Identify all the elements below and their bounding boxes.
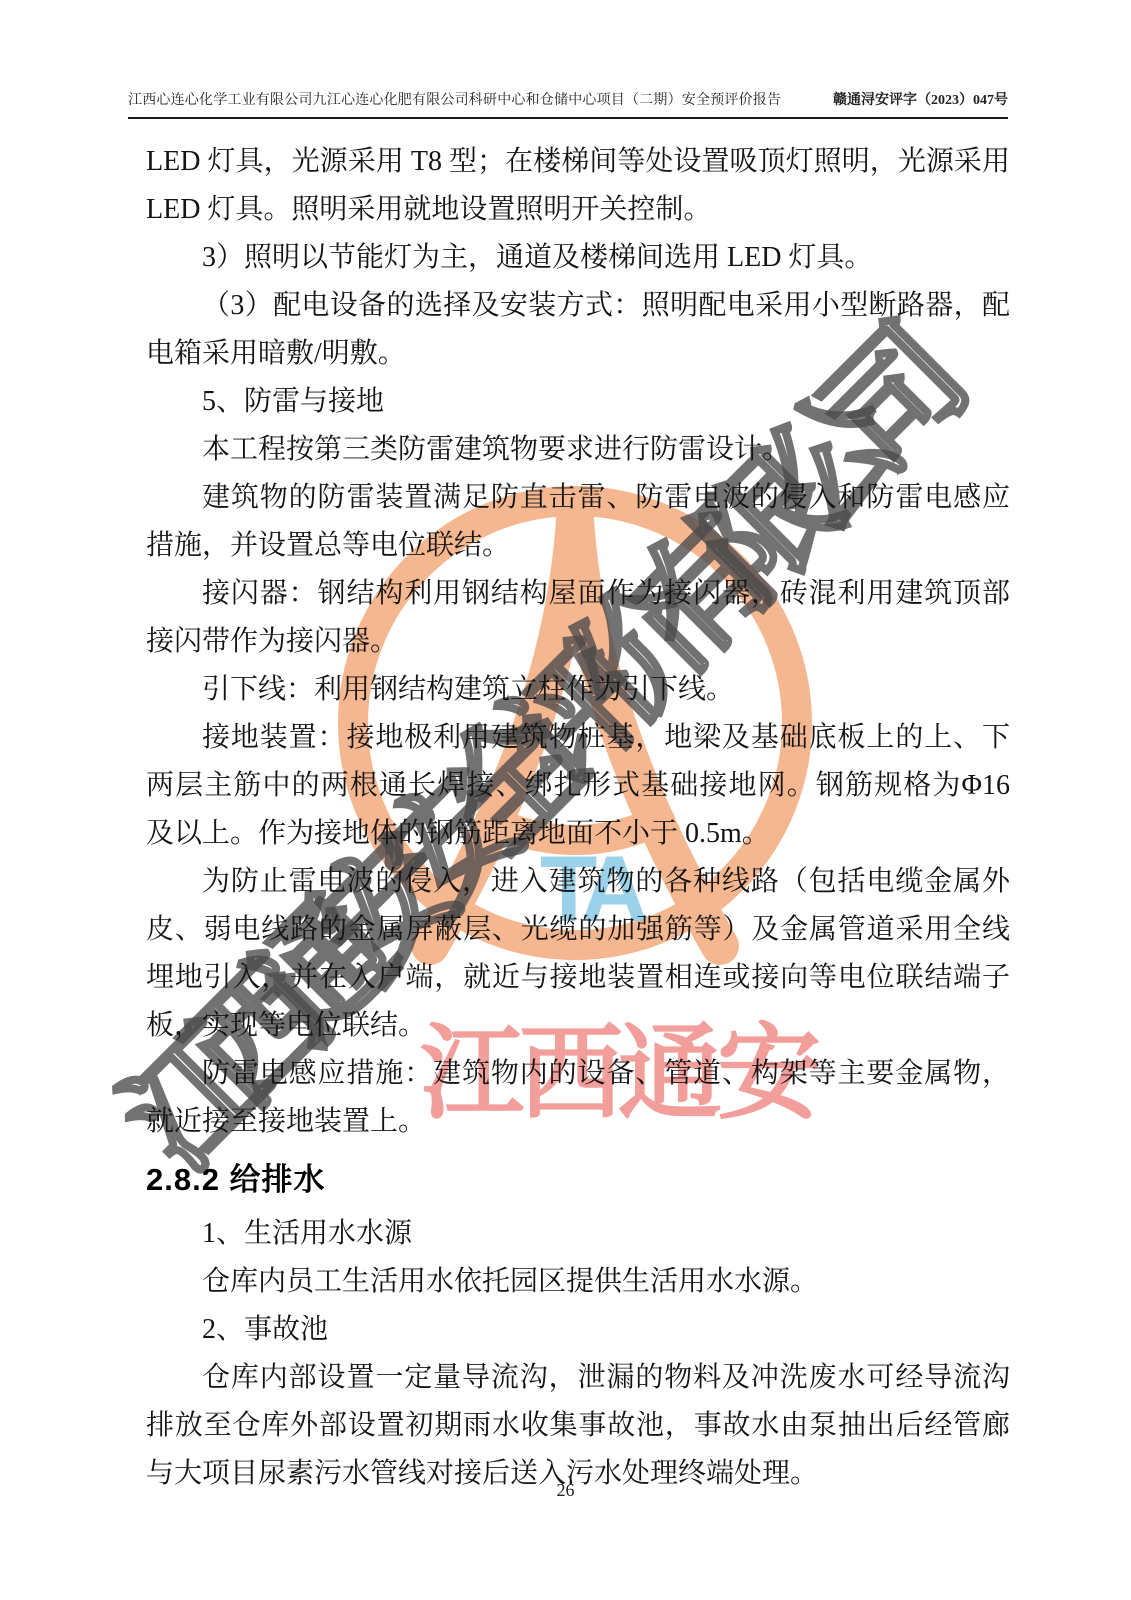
paragraph: 接闪器：钢结构利用钢结构屋面作为接闪器，砖混利用建筑顶部接闪带作为接闪器。 [146,570,1010,666]
page-number: 26 [0,1480,1131,1501]
paragraph: 引下线：利用钢结构建筑立柱作为引下线。 [146,666,1010,714]
paragraph: （3）配电设备的选择及安装方式：照明配电采用小型断路器，配电箱采用暗敷/明敷。 [146,282,1010,378]
paragraph: 接地装置：接地极利用建筑物桩基，地梁及基础底板上的上、下两层主筋中的两根通长焊接… [146,714,1010,858]
paragraph: 5、防雷与接地 [146,378,1010,426]
paragraph: 仓库内部设置一定量导流沟，泄漏的物料及冲洗废水可经导流沟排放至仓库外部设置初期雨… [146,1354,1010,1498]
paragraph: 2、事故池 [146,1306,1010,1354]
paragraph: 1、生活用水水源 [146,1210,1010,1258]
paragraph: 本工程按第三类防雷建筑物要求进行防雷设计。 [146,426,1010,474]
header-document-number: 赣通浔安评字（2023）047号 [817,92,1008,110]
paragraph: 仓库内员工生活用水依托园区提供生活用水水源。 [146,1258,1010,1306]
paragraph: 建筑物的防雷装置满足防直击雷、防雷电波的侵入和防雷电感应措施，并设置总等电位联结… [146,474,1010,570]
document-body: LED 灯具，光源采用 T8 型；在楼梯间等处设置吸顶灯照明，光源采用 LED … [146,138,1010,1498]
header-report-title: 江西心连心化学工业有限公司九江心连心化肥有限公司科研中心和仓储中心项目（二期）安… [128,92,781,110]
paragraph: 防雷电感应措施：建筑物内的设备、管道、构架等主要金属物，就近接至接地装置上。 [146,1050,1010,1146]
page-header: 江西心连心化学工业有限公司九江心连心化肥有限公司科研中心和仓储中心项目（二期）安… [128,92,1008,119]
document-page: TA 江西通安 江西通安安全评价有限公司 江西心连心化学工业有限公司九江心连心化… [0,0,1131,1600]
paragraph: LED 灯具，光源采用 T8 型；在楼梯间等处设置吸顶灯照明，光源采用 LED … [146,138,1010,234]
section-heading: 2.8.2 给排水 [146,1158,1010,1202]
paragraph: 为防止雷电波的侵入，进入建筑物的各种线路（包括电缆金属外皮、弱电线路的金属屏蔽层… [146,858,1010,1050]
paragraph: 3）照明以节能灯为主，通道及楼梯间选用 LED 灯具。 [146,234,1010,282]
